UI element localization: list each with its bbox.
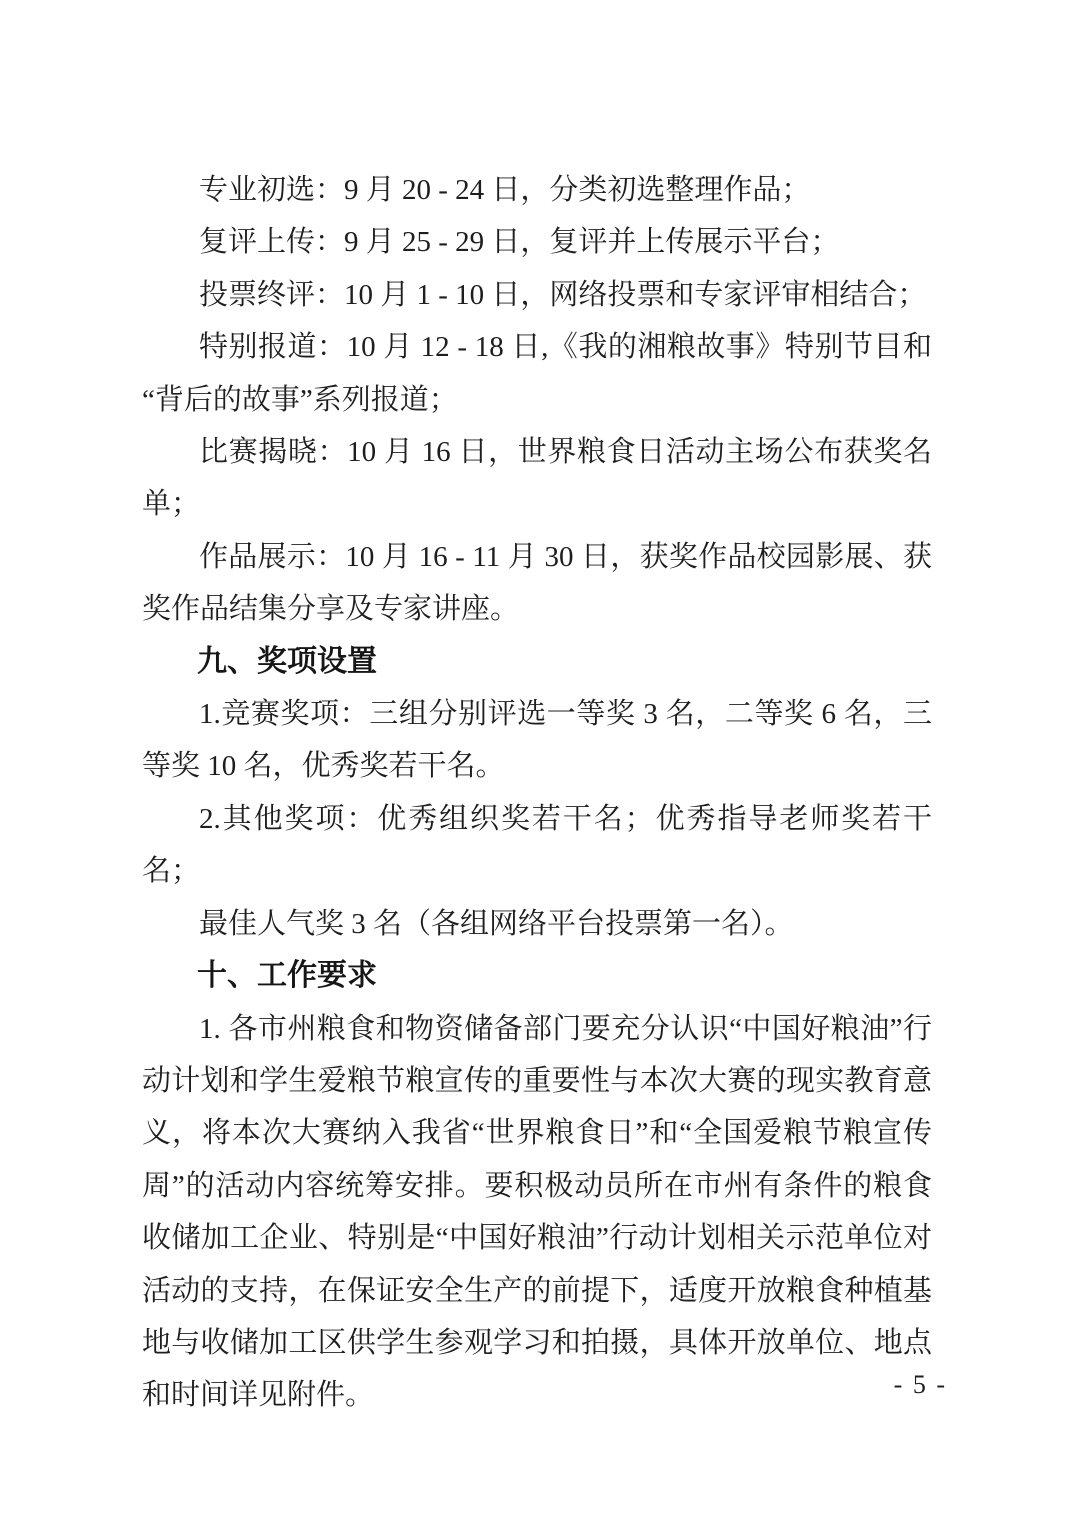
paragraph-competition-awards: 1.竞赛奖项：三组分别评选一等奖 3 名，二等奖 6 名，三等奖 10 名，优秀… [142, 688, 932, 793]
section-heading-awards: 九、奖项设置 [142, 636, 932, 688]
paragraph-other-awards: 2.其他奖项：优秀组织奖若干名；优秀指导老师奖若干名； [142, 793, 932, 898]
schedule-line-announcement: 比赛揭晓：10 月 16 日，世界粮食日活动主场公布获奖名单； [142, 426, 932, 531]
schedule-line-special-report: 特别报道：10 月 12 - 18 日,《我的湘粮故事》特别节目和“背后的故事”… [142, 321, 932, 426]
document-page: 专业初选：9 月 20 - 24 日，分类初选整理作品； 复评上传：9 月 25… [0, 0, 1080, 1528]
schedule-line-review-upload: 复评上传：9 月 25 - 29 日，复评并上传展示平台； [142, 216, 932, 268]
schedule-line-exhibition: 作品展示：10 月 16 - 11 月 30 日，获奖作品校园影展、获奖作品结集… [142, 531, 932, 636]
schedule-line-voting-final: 投票终评：10 月 1 - 10 日，网络投票和专家评审相结合； [142, 269, 932, 321]
section-heading-work-requirements: 十、工作要求 [142, 950, 932, 1002]
paragraph-work-requirement-1: 1. 各市州粮食和物资储备部门要充分认识“中国好粮油”行动计划和学生爱粮节粮宣传… [142, 1003, 932, 1422]
document-body: 专业初选：9 月 20 - 24 日，分类初选整理作品； 复评上传：9 月 25… [142, 164, 932, 1422]
paragraph-popularity-award: 最佳人气奖 3 名（各组网络平台投票第一名）。 [142, 898, 932, 950]
schedule-line-primary-selection: 专业初选：9 月 20 - 24 日，分类初选整理作品； [142, 164, 932, 216]
page-number: - 5 - [894, 1369, 947, 1401]
